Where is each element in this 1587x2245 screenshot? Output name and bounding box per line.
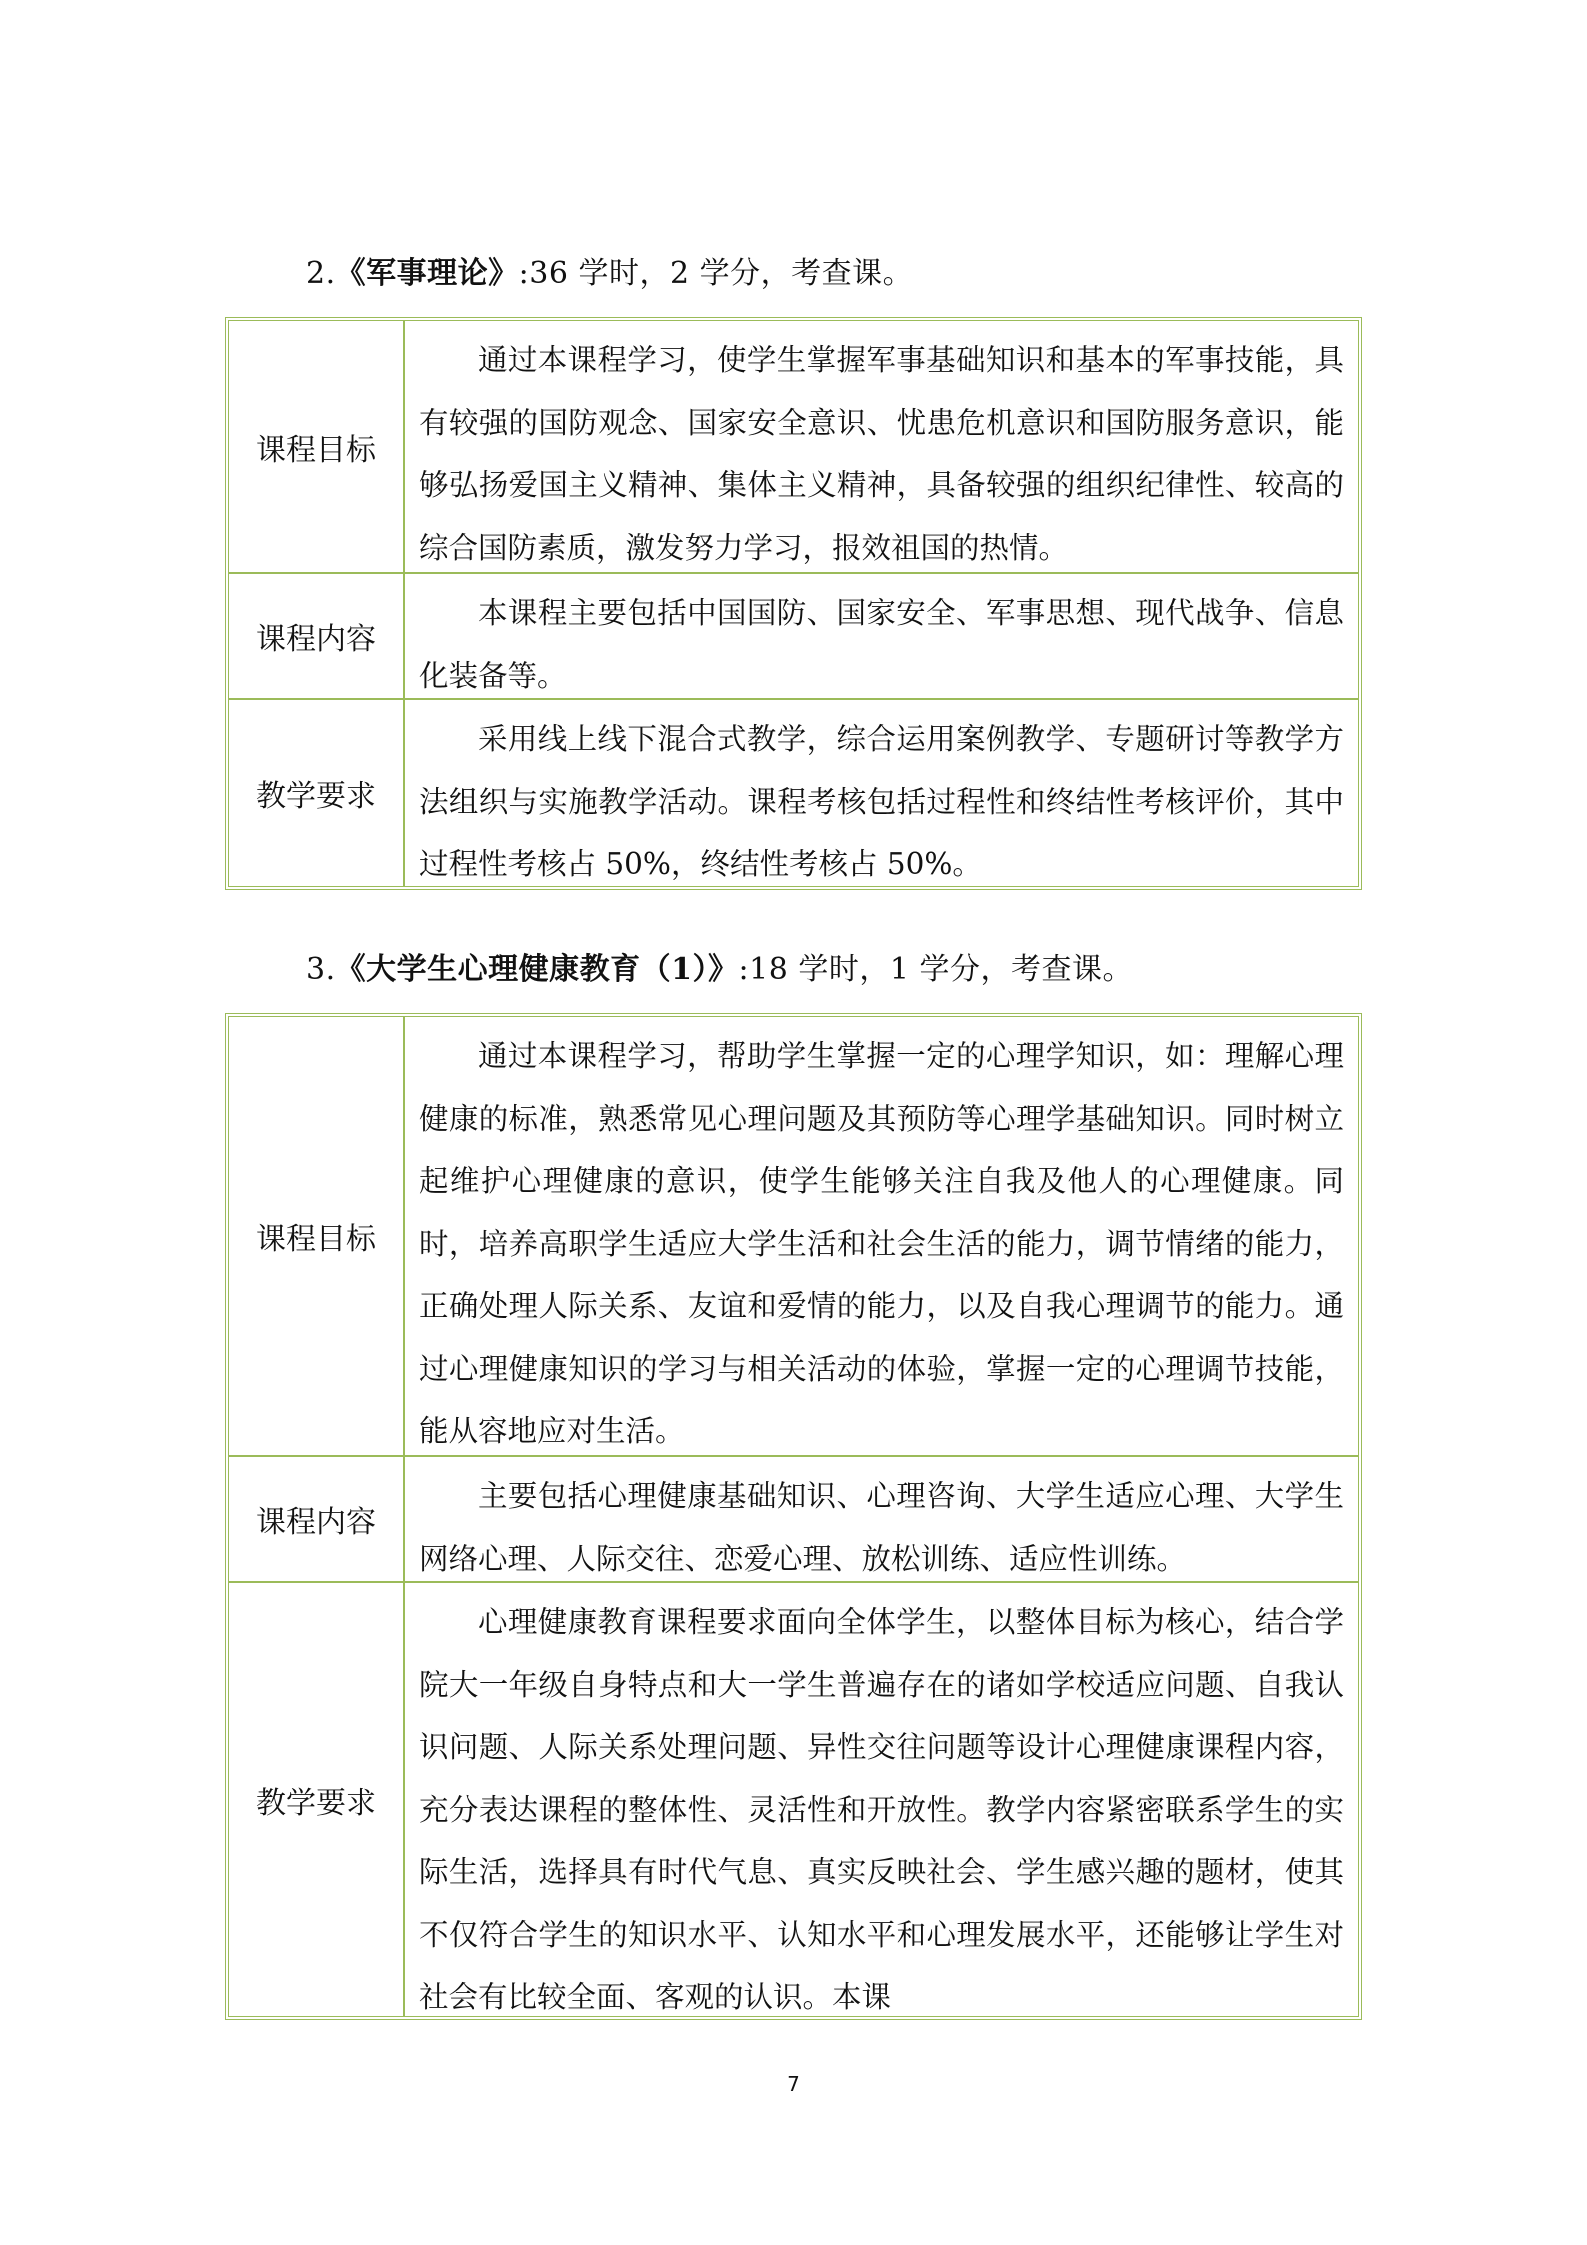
row-text: 主要包括心理健康基础知识、心理咨询、大学生适应心理、大学生网络心理、人际交往、恋… <box>419 1465 1344 1590</box>
row-content: 采用线上线下混合式教学，综合运用案例教学、专题研讨等教学方法组织与实施教学活动。… <box>405 700 1358 886</box>
table-row-requirements: 教学要求 采用线上线下混合式教学，综合运用案例教学、专题研讨等教学方法组织与实施… <box>229 698 1358 886</box>
row-label: 课程内容 <box>229 1457 405 1581</box>
row-text: 通过本课程学习，帮助学生掌握一定的心理学知识，如：理解心理健康的标准，熟悉常见心… <box>419 1025 1344 1463</box>
course-table-military-theory: 课程目标 通过本课程学习，使学生掌握军事基础知识和基本的军事技能，具有较强的国防… <box>225 317 1362 890</box>
row-content: 主要包括心理健康基础知识、心理咨询、大学生适应心理、大学生网络心理、人际交往、恋… <box>405 1457 1358 1581</box>
course-title: 《军事理论》 <box>336 256 519 291</box>
section-number: 3. <box>306 952 336 987</box>
table-row-objectives: 课程目标 通过本课程学习，使学生掌握军事基础知识和基本的军事技能，具有较强的国防… <box>229 321 1358 572</box>
row-text: 通过本课程学习，使学生掌握军事基础知识和基本的军事技能，具有较强的国防观念、国家… <box>419 329 1344 579</box>
course-table-mental-health: 课程目标 通过本课程学习，帮助学生掌握一定的心理学知识，如：理解心理健康的标准，… <box>225 1013 1362 2020</box>
row-content: 通过本课程学习，帮助学生掌握一定的心理学知识，如：理解心理健康的标准，熟悉常见心… <box>405 1017 1358 1455</box>
course-details: :18 学时，1 学分，考查课。 <box>739 952 1133 987</box>
section-heading-military-theory: 2.《军事理论》:36 学时，2 学分，考查课。 <box>306 254 913 294</box>
row-content: 通过本课程学习，使学生掌握军事基础知识和基本的军事技能，具有较强的国防观念、国家… <box>405 321 1358 572</box>
course-title: 《大学生心理健康教育（1）》 <box>336 952 739 987</box>
course-details: :36 学时，2 学分，考查课。 <box>519 256 913 291</box>
row-text: 采用线上线下混合式教学，综合运用案例教学、专题研讨等教学方法组织与实施教学活动。… <box>419 708 1344 896</box>
table-row-objectives: 课程目标 通过本课程学习，帮助学生掌握一定的心理学知识，如：理解心理健康的标准，… <box>229 1017 1358 1455</box>
row-label: 教学要求 <box>229 700 405 886</box>
row-content: 心理健康教育课程要求面向全体学生，以整体目标为核心，结合学院大一年级自身特点和大… <box>405 1583 1358 2016</box>
row-label: 课程目标 <box>229 321 405 572</box>
table-row-content: 课程内容 主要包括心理健康基础知识、心理咨询、大学生适应心理、大学生网络心理、人… <box>229 1455 1358 1581</box>
row-label: 课程内容 <box>229 574 405 698</box>
section-number: 2. <box>306 256 336 291</box>
row-label: 教学要求 <box>229 1583 405 2016</box>
section-heading-mental-health: 3.《大学生心理健康教育（1）》:18 学时，1 学分，考查课。 <box>306 950 1133 990</box>
row-content: 本课程主要包括中国国防、国家安全、军事思想、现代战争、信息化装备等。 <box>405 574 1358 698</box>
row-text: 心理健康教育课程要求面向全体学生，以整体目标为核心，结合学院大一年级自身特点和大… <box>419 1591 1344 2016</box>
table-row-requirements: 教学要求 心理健康教育课程要求面向全体学生，以整体目标为核心，结合学院大一年级自… <box>229 1581 1358 2016</box>
table-row-content: 课程内容 本课程主要包括中国国防、国家安全、军事思想、现代战争、信息化装备等。 <box>229 572 1358 698</box>
page-number: 7 <box>0 2072 1587 2096</box>
row-label: 课程目标 <box>229 1017 405 1455</box>
row-text: 本课程主要包括中国国防、国家安全、军事思想、现代战争、信息化装备等。 <box>419 582 1344 707</box>
